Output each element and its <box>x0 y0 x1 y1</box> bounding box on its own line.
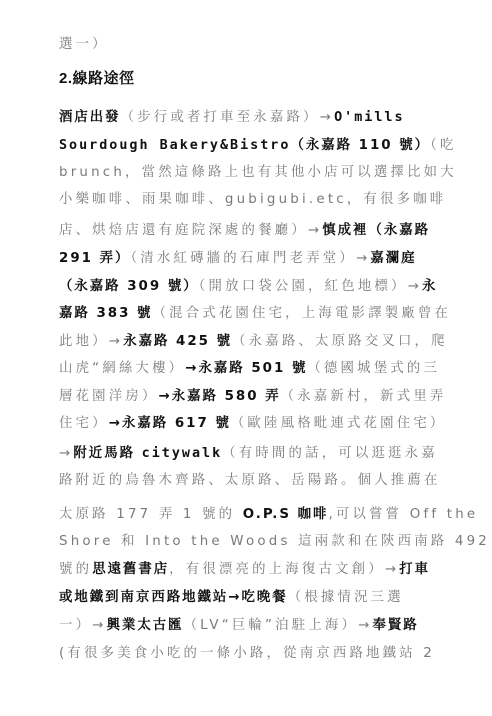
text-line: 住宅）→永嘉路 617 號（歐陸風格毗連式花園住宅） <box>59 415 447 433</box>
text-line: Shore 和 Into the Woods 這兩款和在陝西南路 492 <box>59 533 490 551</box>
text-line: 此地）→永嘉路 425 號（永嘉路、太原路交叉口，爬 <box>59 333 448 351</box>
bold-text-segment: O.P.S 咖啡 <box>243 507 329 522</box>
text-segment: 山虎“網絲大樓） <box>59 361 185 376</box>
text-segment: (有很多美食小吃的一條小路，從南京西路地鐵站 2 <box>59 646 435 661</box>
text-segment: （有時間的話，可以逛逛永嘉 <box>222 446 438 461</box>
text-line: 太原路 177 弄 1 號的 O.P.S 咖啡,可以嘗嘗 Off the <box>59 506 478 524</box>
bold-text-segment: →永嘉路 501 號 <box>185 361 307 376</box>
text-segment: ,可以嘗嘗 Off the <box>328 507 478 522</box>
text-line: →附近馬路 citywalk（有時間的話，可以逛逛永嘉 <box>59 445 438 463</box>
text-line: 小樂咖啡、雨果咖啡、gubigubi.etc，有很多咖啡 <box>59 191 446 209</box>
text-line: brunch，當然這條路上也有其他小店可以選擇比如大 <box>59 164 457 182</box>
text-segment: 一）→ <box>59 618 107 633</box>
text-segment: → <box>59 446 73 461</box>
bold-text-segment: 打車 <box>399 562 430 577</box>
bold-text-segment: 奉賢路 <box>373 618 419 633</box>
text-line: 嘉路 383 號（混合式花園住宅，上海電影譯製廠曾在 <box>59 305 451 323</box>
bold-text-segment: 嘉瀾庭 <box>370 251 416 266</box>
bold-text-segment: 永 <box>422 279 437 294</box>
document-page: 2.線路途徑 選一）酒店出發（步行或者打車至永嘉路）→O'millsSourdo… <box>0 0 492 716</box>
bold-text-segment: 或地鐵到南京西路地鐵站→吃晚餐 <box>59 590 288 605</box>
bold-text-segment: 慎成裡（永嘉路 <box>322 223 430 238</box>
bold-text-segment: （永嘉路 309 號） <box>59 279 199 294</box>
text-segment: Shore 和 Into the Woods 這兩款和在陝西南路 492 <box>59 534 490 549</box>
bold-text-segment: citywalk <box>142 446 223 461</box>
bold-text-segment: 291 弄） <box>59 251 130 266</box>
text-line: 路附近的烏魯木齊路、太原路、岳陽路。個人推薦在 <box>59 472 441 490</box>
text-segment: （德國城堡式的三 <box>307 361 440 376</box>
text-line: 選一） <box>59 36 109 54</box>
text-segment: 太原路 177 弄 1 號的 <box>59 507 243 522</box>
text-segment: 號的 <box>59 562 92 577</box>
text-line: 山虎“網絲大樓）→永嘉路 501 號（德國城堡式的三 <box>59 360 440 378</box>
text-segment: 路附近的烏魯木齊路、太原路、岳陽路。個人推薦在 <box>59 473 441 488</box>
bold-text-segment: 思遠舊書店 <box>92 562 169 577</box>
text-segment: 小樂咖啡、雨果咖啡、gubigubi.etc，有很多咖啡 <box>59 192 446 207</box>
text-segment: （永嘉路、太原路交叉口，爬 <box>232 334 448 349</box>
bold-text-segment: （永嘉路 110 號） <box>290 138 430 153</box>
text-segment: （LV“巨輪”泊駐上海）→ <box>184 618 373 633</box>
text-line: （永嘉路 309 號）（開放口袋公園，紅色地標）→永 <box>59 278 437 296</box>
bold-text-segment: 興業太古匯 <box>107 618 184 633</box>
text-segment: brunch，當然這條路上也有其他小店可以選擇比如大 <box>59 165 457 180</box>
text-segment: 層花園洋房） <box>59 389 159 404</box>
bold-text-segment: →永嘉路 580 弄 <box>159 389 281 404</box>
text-segment: （根據情況三選 <box>288 590 404 605</box>
text-segment: （永嘉新村，新式里弄 <box>281 389 447 404</box>
text-line: 店、烘焙店還有庭院深處的餐廳）→慎成裡（永嘉路 <box>59 222 430 240</box>
section-heading: 2.線路途徑 <box>59 67 135 88</box>
text-segment: （清水紅磚牆的石庫門老弄堂）→ <box>130 251 370 266</box>
text-line: Sourdough Bakery&Bistro（永嘉路 110 號）（吃 <box>59 137 457 155</box>
text-segment: （混合式花園住宅，上海電影譯製廠曾在 <box>152 306 451 321</box>
text-segment: 住宅） <box>59 416 109 431</box>
text-segment: 選一） <box>59 37 109 52</box>
text-segment: （歐陸風格毗連式花園住宅） <box>231 416 447 431</box>
bold-text-segment: O'mills <box>334 110 404 125</box>
bold-text-segment: 永嘉路 425 號 <box>123 334 232 349</box>
text-segment: （步行或者打車至永嘉路）→ <box>121 110 335 125</box>
bold-text-segment: Sourdough Bakery&Bistro <box>59 138 290 153</box>
text-segment: （開放口袋公園，紅色地標）→ <box>199 279 422 294</box>
text-line: 291 弄）（清水紅磚牆的石庫門老弄堂）→嘉瀾庭 <box>59 250 417 268</box>
text-segment: 店、烘焙店還有庭院深處的餐廳）→ <box>59 223 322 238</box>
text-segment: （吃 <box>430 138 456 153</box>
text-line: (有很多美食小吃的一條小路，從南京西路地鐵站 2 <box>59 645 435 663</box>
text-line: 層花園洋房）→永嘉路 580 弄（永嘉新村，新式里弄 <box>59 388 447 406</box>
bold-text-segment: →永嘉路 617 號 <box>109 416 231 431</box>
bold-text-segment: 酒店出發 <box>59 110 121 125</box>
text-line: 號的思遠舊書店，有很漂亮的上海復古文創）→打車 <box>59 561 430 579</box>
text-line: 一）→興業太古匯（LV“巨輪”泊駐上海）→奉賢路 <box>59 617 419 635</box>
bold-text-segment: 嘉路 383 號 <box>59 306 152 321</box>
bold-text-segment: 附近馬路 <box>73 446 141 461</box>
text-segment: 此地）→ <box>59 334 123 349</box>
text-line: 或地鐵到南京西路地鐵站→吃晚餐（根據情況三選 <box>59 589 404 607</box>
text-segment: ，有很漂亮的上海復古文創）→ <box>169 562 399 577</box>
text-line: 酒店出發（步行或者打車至永嘉路）→O'mills <box>59 109 405 127</box>
